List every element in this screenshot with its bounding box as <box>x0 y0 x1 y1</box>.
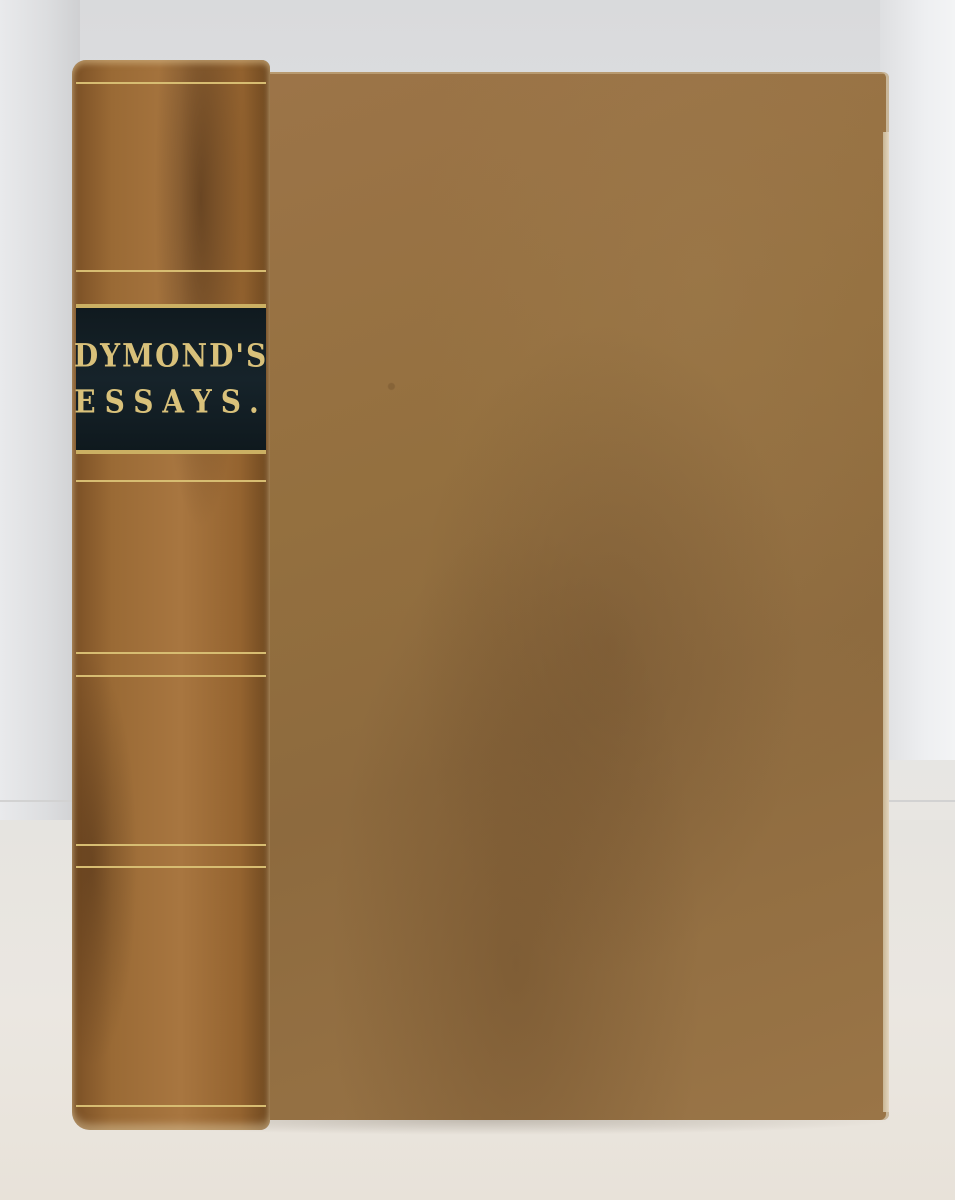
backdrop-left <box>0 0 80 820</box>
spine-title-label: DYMOND'S ESSAYS. <box>76 304 266 454</box>
gilt-band <box>76 652 266 654</box>
photo-background: DYMOND'S ESSAYS. <box>0 0 955 1200</box>
gilt-band <box>76 844 266 846</box>
gilt-band <box>76 866 266 868</box>
gilt-band <box>76 270 266 272</box>
front-cover <box>267 72 889 1120</box>
page-edge <box>883 132 889 1112</box>
spine: DYMOND'S ESSAYS. <box>72 60 270 1130</box>
spine-title-line-1: DYMOND'S <box>74 340 268 372</box>
spine-title-line-2: ESSAYS. <box>74 386 267 418</box>
gilt-band <box>76 1105 266 1107</box>
gilt-band <box>76 480 266 482</box>
gilt-band <box>76 675 266 677</box>
gilt-band <box>76 82 266 84</box>
book: DYMOND'S ESSAYS. <box>72 60 892 1132</box>
